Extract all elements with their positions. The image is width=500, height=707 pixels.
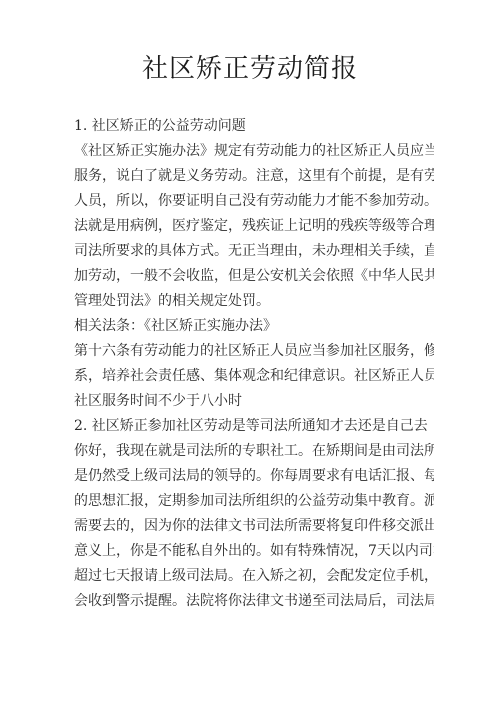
paragraph-line: 是仍然受上级司法局的领导的。你每周要求有电话汇报、每月有书面 xyxy=(74,464,434,489)
paragraph-line: 会收到警示提醒。法院将你法律文书递至司法局后，司法局会通知你 xyxy=(74,589,434,614)
paragraph-line: 第十六条有劳动能力的社区矫正人员应当参加社区服务，修复社会关 xyxy=(74,339,434,364)
paragraph-line: 系，培养社会责任感、集体观念和纪律意识。社区矫正人员每月参加 xyxy=(74,364,434,389)
paragraph-line: 管理处罚法》的相关规定处罚。 xyxy=(74,289,434,314)
paragraph-line: 司法所要求的具体方式。无正当理由，未办理相关手续，直接拒绝参 xyxy=(74,239,434,264)
related-law-label: 相关法条：《社区矫正实施办法》 xyxy=(74,314,434,339)
paragraph-line: 服务，说白了就是义务劳动。注意，这里有个前提，是有劳动能力的 xyxy=(74,164,434,189)
paragraph-line: 需要去的，因为你的法律文书司法所需要将复印件移交派出所。严格 xyxy=(74,514,434,539)
document-body: 1. 社区矫正的公益劳动问题 《社区矫正实施办法》规定有劳动能力的社区矫正人员应… xyxy=(74,114,434,614)
paragraph-line: 的思想汇报，定期参加司法所组织的公益劳动集中教育。派出所还是 xyxy=(74,489,434,514)
paragraph-line: 《社区矫正实施办法》规定有劳动能力的社区矫正人员应当参加社区 xyxy=(74,139,434,164)
paragraph-line: 加劳动，一般不会收监，但是公安机关会依照《中华人民共和国治安 xyxy=(74,264,434,289)
section-heading-1: 1. 社区矫正的公益劳动问题 xyxy=(74,114,434,139)
paragraph-line: 人员，所以，你要证明自己没有劳动能力才能不参加劳动。证明的方 xyxy=(74,189,434,214)
paragraph-line: 意义上，你是不能私自外出的。如有特殊情况，7天以内司法所批复， xyxy=(74,539,434,564)
paragraph-line: 超过七天报请上级司法局。在入矫之初，会配发定位手机，一旦越界 xyxy=(74,564,434,589)
paragraph-line: 你好，我现在就是司法所的专职社工。在矫期间是由司法所管理，但 xyxy=(74,439,434,464)
document-title: 社区矫正劳动简报 xyxy=(0,48,500,85)
paragraph-line: 法就是用病例，医疗鉴定，残疾证上记明的残疾等级等合理的方式及 xyxy=(74,214,434,239)
section-heading-2: 2. 社区矫正参加社区劳动是等司法所通知才去还是自己去 xyxy=(74,414,434,439)
paragraph-line: 社区服务时间不少于八小时 xyxy=(74,389,434,414)
